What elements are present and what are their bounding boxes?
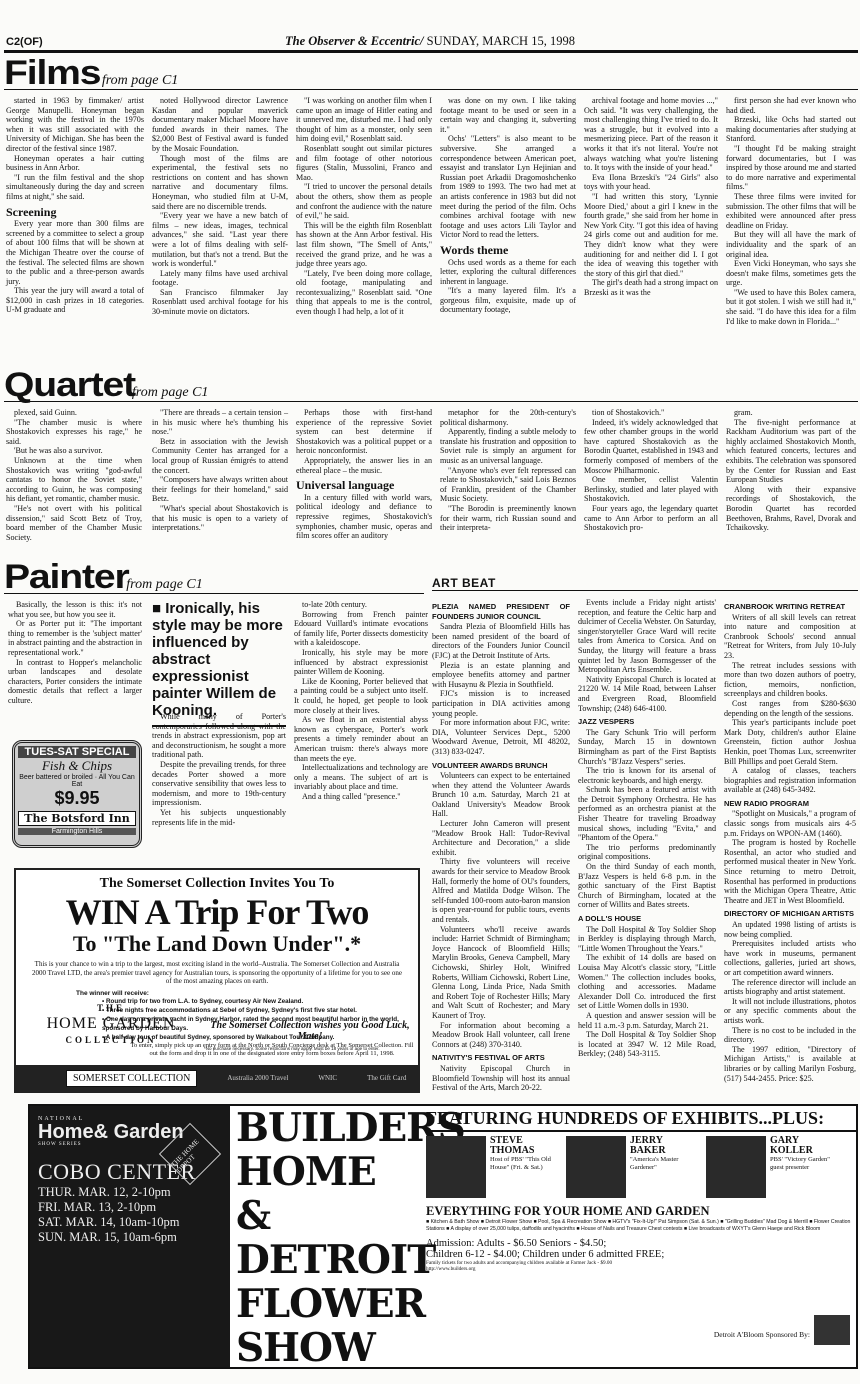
paragraph: The Doll Hospital & Toy Soldier Shop is …: [578, 1030, 716, 1059]
paragraph: "What's special about Shostakovich is th…: [152, 504, 288, 533]
exhibits-panel: FEATURING HUNDREDS OF EXHIBITS...PLUS: S…: [426, 1106, 858, 1367]
paragraph: Lecturer John Cameron will present "Mead…: [432, 819, 570, 857]
paragraph: "I thought I'd be making straight forwar…: [726, 144, 856, 192]
paragraph: Betz in association with the Jewish Comm…: [152, 437, 288, 475]
paragraph: While many of Porter's contemporaries fo…: [152, 712, 286, 760]
paragraph: The 1997 edition, "Directory of Michigan…: [724, 1045, 856, 1083]
paragraph: As we float in an existential abyss know…: [294, 715, 428, 763]
host-photo: [566, 1136, 626, 1198]
sponsor-logo: [814, 1315, 850, 1345]
subhead: Words theme: [440, 246, 576, 256]
title-line: HOME &: [236, 1150, 422, 1238]
quartet-col2: "There are threads – a certain tension –…: [152, 408, 288, 533]
paragraph: The retreat includes sessions with more …: [724, 661, 856, 699]
paragraph: "Lately, I've been doing more collage, o…: [296, 269, 432, 317]
paragraph: Like de Kooning, Porter believed that a …: [294, 677, 428, 715]
host-card: GARY KOLLERPBS' "Victory Garden" guest p…: [706, 1136, 836, 1198]
host-card: JERRY BAKER"America's Master Gardener": [566, 1136, 700, 1198]
paragraph: A question and answer session will be he…: [578, 1011, 716, 1030]
paragraph: Basically, the lesson is this: it's not …: [8, 600, 142, 619]
painter-col2: While many of Porter's contemporaries fo…: [152, 712, 286, 827]
quartet-col6: gram.The five-night performance at Rackh…: [726, 408, 856, 533]
paragraph: Indeed, it's widely acknowledged that fe…: [584, 418, 718, 476]
paper-name: The Observer & Eccentric/: [285, 34, 424, 48]
sponsor-1: Australia 2000 Travel: [227, 1074, 288, 1082]
paragraph: Unknown at the time when Shostakovich wa…: [6, 456, 142, 504]
films-col4: was done on my own. I like taking footag…: [440, 96, 576, 315]
masthead: The Observer & Eccentric/ SUNDAY, MARCH …: [285, 34, 575, 49]
paragraph: Prerequisites included artists who have …: [724, 939, 856, 977]
paragraph: metaphor for the 20th-century's politica…: [440, 408, 576, 427]
paragraph: noted Hollywood director Lawrence Kasdan…: [152, 96, 288, 154]
paragraph: This year the jury will award a total of…: [6, 286, 144, 315]
paragraph: "Anyone who's ever felt repressed can re…: [440, 466, 576, 504]
paragraph: Brzeski, like Ochs had started out makin…: [726, 115, 856, 144]
host-photo: [426, 1136, 486, 1198]
issue-date: SUNDAY, MARCH 15, 1998: [427, 34, 575, 48]
paragraph: The girl's death had a strong impact on …: [584, 278, 718, 297]
date-line: THUR. MAR. 12, 2-10pm: [38, 1185, 222, 1200]
films-col6: first person she had ever known who had …: [726, 96, 856, 326]
paragraph: "I had written this story, 'Lynnie Moore…: [584, 192, 718, 278]
painter-col3: to-late 20th century.Borrowing from Fren…: [294, 600, 428, 801]
ad-headline: WIN A Trip For Two: [16, 892, 418, 932]
inn-location: Farmington Hills: [18, 828, 136, 835]
botsford-inn-ad[interactable]: TUES-SAT SPECIAL Fish & Chips Beer batte…: [12, 740, 142, 848]
paragraph: The program is hosted by Rochelle Rosent…: [724, 838, 856, 905]
paragraph: Nativity Episcopal Church in Bloomfield …: [432, 1064, 570, 1093]
item-headline: JAZZ VESPERS: [578, 717, 716, 727]
paragraph: Writers of all skill levels can retreat …: [724, 613, 856, 661]
art-beat-col2: Events include a Friday night artists' r…: [578, 598, 716, 1059]
paragraph: Sandra Plezia of Bloomfield Hills has be…: [432, 622, 570, 660]
logo-collection: COLLECTION: [36, 1032, 186, 1048]
paragraph: Ironically, his style may be more influe…: [294, 648, 428, 677]
paragraph: archival footage and home movies ...," O…: [584, 96, 718, 173]
paragraph: Or as Porter put it: "The important thin…: [8, 619, 142, 657]
ad-url[interactable]: http://www.builders.org: [426, 1266, 858, 1272]
paragraph: One member, cellist Valentin Berlinsky, …: [584, 475, 718, 504]
date-line: FRI. MAR. 13, 2-10pm: [38, 1200, 222, 1215]
paragraph: In contrast to Hopper's melancholic urba…: [8, 658, 142, 706]
item-headline: VOLUNTEER AWARDS BRUNCH: [432, 761, 570, 771]
paragraph: The trio performs predominantly original…: [578, 843, 716, 862]
host-name: STEVE THOMAS: [490, 1136, 560, 1156]
paragraph: The Doll Hospital & Toy Soldier Shop in …: [578, 925, 716, 954]
paragraph: Though most of the films are experimenta…: [152, 154, 288, 212]
paragraph: For information about becoming a Meadow …: [432, 1021, 570, 1050]
paragraph: "I run the film festival and the shop si…: [6, 173, 144, 202]
quartet-col5: tion of Shostakovich."Indeed, it's widel…: [584, 408, 718, 533]
item-headline: NEW RADIO PROGRAM: [724, 799, 856, 809]
paragraph: Volunteers who'll receive awards include…: [432, 925, 570, 1021]
quartet-header: Quartetfrom page C1: [4, 368, 858, 402]
paragraph: But they will all have the mark of indiv…: [726, 230, 856, 259]
show-dates: THUR. MAR. 12, 2-10pm FRI. MAR. 13, 2-10…: [38, 1185, 222, 1245]
masthead-rule: [4, 50, 858, 53]
paragraph: Yet his subjects unquestionably represen…: [152, 808, 286, 827]
paragraph: first person she had ever known who had …: [726, 96, 856, 115]
paragraph: "Spotlight on Musicals," a program of cl…: [724, 809, 856, 838]
title-line: FLOWER: [236, 1282, 422, 1326]
paragraph: The exhibit of 14 dolls are based on Lou…: [578, 953, 716, 1011]
ad-winner-label: The winner will receive:: [16, 990, 418, 997]
host-photo: [706, 1136, 766, 1198]
sponsor-label: Detroit A'Bloom Sponsored By:: [714, 1331, 810, 1339]
films-jump: from page C1: [102, 73, 178, 88]
paragraph: "I tried to uncover the personal details…: [296, 182, 432, 220]
paragraph: It will not include illustrations, photo…: [724, 997, 856, 1026]
quartet-col3: Perhaps those with first-hand experience…: [296, 408, 432, 541]
art-beat-title: ART BEAT: [432, 576, 496, 590]
paragraph: "He's not overt with his political disse…: [6, 504, 142, 542]
host-desc: "America's Master Gardener": [630, 1156, 700, 1171]
paragraph: For more information about FJC, write: D…: [432, 718, 570, 756]
art-beat-col1: PLEZIA NAMED PRESIDENT OF FOUNDERS JUNIO…: [432, 598, 570, 1093]
painter-pullquote: ■ Ironically, his style may be more infl…: [152, 600, 286, 727]
logo-name: HOME GARDEN: [36, 1016, 186, 1032]
quartet-title: Quartet: [4, 368, 135, 402]
sponsor-3: The Gift Card: [367, 1074, 406, 1082]
paragraph: Even Vicki Honeyman, who says she doesn'…: [726, 259, 856, 288]
painter-jump: from page C1: [126, 577, 202, 592]
films-col1: started in 1963 by fimmaker/ artist Geor…: [6, 96, 144, 315]
paragraph: The five-night performance at Rackham Au…: [726, 418, 856, 485]
logo-the: THE: [36, 1000, 186, 1016]
quartet-col1: plexed, said Guinn."The chamber music is…: [6, 408, 142, 542]
subhead: Universal language: [296, 481, 432, 491]
title-line: DETROIT: [236, 1238, 422, 1282]
home-garden-panel: NATIONAL Home& Garden SHOW SERIES THE HO…: [30, 1106, 230, 1367]
sponsor-2: WNIC: [318, 1074, 337, 1082]
ad-body: This is your chance to win a trip to the…: [16, 956, 418, 990]
home-garden-logo: THEHOME GARDENCOLLECTION: [36, 1000, 186, 1048]
paragraph: Perhaps those with first-hand experience…: [296, 408, 432, 456]
paragraph: The Gary Schunk Trio will perform Sunday…: [578, 728, 716, 766]
date-line: SUN. MAR. 15, 10am-6pm: [38, 1230, 222, 1245]
sponsor-bar: SOMERSET COLLECTION Australia 2000 Trave…: [16, 1065, 418, 1091]
art-beat-rule: [432, 590, 858, 591]
paragraph: 'But he was also a survivor.: [6, 446, 142, 456]
films-col5: archival footage and home movies ...," O…: [584, 96, 718, 297]
title-line: BUILDERS: [236, 1106, 422, 1150]
paragraph: "We used to have this Bolex camera, but …: [726, 288, 856, 326]
title-line: SHOW: [236, 1326, 422, 1370]
films-header: Filmsfrom page C1: [4, 56, 858, 90]
paragraph: Every year more than 300 films are scree…: [6, 219, 144, 286]
date-line: SAT. MAR. 14, 10am-10pm: [38, 1215, 222, 1230]
fish-price: $9.95: [18, 788, 136, 809]
paragraph: Rosenblatt sought out similar pictures a…: [296, 144, 432, 182]
paragraph: Intellectualizations and technology are …: [294, 763, 428, 792]
paragraph: Plezia is an estate planning and employe…: [432, 661, 570, 690]
paragraph: Despite the prevailing trends, for three…: [152, 760, 286, 808]
fish-desc: Beer battered or broiled · All You Can E…: [18, 774, 136, 788]
paragraph: "Composers have always written about the…: [152, 475, 288, 504]
paragraph: This year's participants include poet Ma…: [724, 718, 856, 766]
ad-subhead: To "The Land Down Under".*: [16, 932, 418, 956]
paragraph: Thirty five volunteers will receive awar…: [432, 857, 570, 924]
paragraph: San Francisco filmmaker Jay Rosenblatt u…: [152, 288, 288, 317]
admission-children: Children 6-12 - $4.00; Children under 6 …: [426, 1249, 858, 1260]
paragraph: "The Borodin is preeminently known for t…: [440, 504, 576, 533]
paragraph: Along with their expansive recordings of…: [726, 485, 856, 533]
paragraph: to-late 20th century.: [294, 600, 428, 610]
paragraph: Events include a Friday night artists' r…: [578, 598, 716, 675]
paragraph: tion of Shostakovich.": [584, 408, 718, 418]
somerset-logo: SOMERSET COLLECTION: [66, 1070, 197, 1087]
admission-adults: Admission: Adults - $6.50 Seniors - $4.5…: [426, 1238, 858, 1249]
ad-good-luck: The Somerset Collection wishes you Good …: [202, 1020, 418, 1042]
films-col3: "I was working on another film when I ca…: [296, 96, 432, 317]
paragraph: Cost ranges from $280-$630 depending on …: [724, 699, 856, 718]
paragraph: The trio is known for its arsenal of ele…: [578, 766, 716, 785]
paragraph: "Every year we have a new batch of films…: [152, 211, 288, 269]
paragraph: On the third Sunday of each month, B'Jaz…: [578, 862, 716, 910]
paragraph: This will be the eighth film Rosenblatt …: [296, 221, 432, 269]
somerset-ad[interactable]: The Somerset Collection Invites You To W…: [14, 868, 420, 1093]
paragraph: And a thing called "presence.": [294, 792, 428, 802]
everything-headline: EVERYTHING FOR YOUR HOME AND GARDEN: [426, 1204, 858, 1219]
paragraph: Volunteers can expect to be entertained …: [432, 771, 570, 819]
films-col2: noted Hollywood director Lawrence Kasdan…: [152, 96, 288, 317]
item-headline: NATIVITY'S FESTIVAL OF ARTS: [432, 1053, 570, 1063]
quartet-jump: from page C1: [132, 385, 208, 400]
fish-chips: Fish & Chips: [18, 758, 136, 774]
host-name: JERRY BAKER: [630, 1136, 700, 1156]
paragraph: started in 1963 by fimmaker/ artist Geor…: [6, 96, 144, 154]
paragraph: There is no cost to be included in the d…: [724, 1026, 856, 1045]
paragraph: gram.: [726, 408, 856, 418]
paragraph: was done on my own. I like taking footag…: [440, 96, 576, 134]
host-name: GARY KOLLER: [770, 1136, 836, 1156]
paragraph: FJC's mission is to increased participat…: [432, 689, 570, 718]
show-title: BUILDERS HOME & DETROIT FLOWER SHOW: [232, 1106, 422, 1370]
paragraph: Honeyman operates a hair cutting busines…: [6, 154, 144, 173]
paragraph: Appropriately, the answer lies in an eth…: [296, 456, 432, 475]
paragraph: plexed, said Guinn.: [6, 408, 142, 418]
painter-col1: Basically, the lesson is this: it's not …: [8, 600, 142, 706]
paragraph: Four years ago, the legendary quartet ca…: [584, 504, 718, 533]
ad-invites: The Somerset Collection Invites You To: [16, 876, 418, 892]
painter-title: Painter: [4, 560, 129, 594]
painter-header: Painterfrom page C1: [4, 560, 424, 594]
paragraph: Borrowing from French painter Edouard Vu…: [294, 610, 428, 648]
paragraph: "There are threads – a certain tension –…: [152, 408, 288, 437]
host-desc: PBS' "Victory Garden" guest presenter: [770, 1156, 836, 1171]
art-beat-col3: CRANBROOK WRITING RETREATWriters of all …: [724, 598, 856, 1083]
flower-show-ad[interactable]: NATIONAL Home& Garden SHOW SERIES THE HO…: [28, 1104, 858, 1369]
paragraph: Schunk has been a featured artist with t…: [578, 785, 716, 843]
item-headline: DIRECTORY OF MICHIGAN ARTISTS: [724, 909, 856, 919]
ad-fine-print: *No purchase necessary. Some restriction…: [204, 1046, 380, 1051]
paragraph: Ochs used words as a theme for each lett…: [440, 258, 576, 287]
paragraph: These three films were invited for submi…: [726, 192, 856, 230]
paragraph: "It's a many layered film. It's a gorgeo…: [440, 286, 576, 315]
subhead: Screening: [6, 208, 144, 218]
paragraph: An updated 1998 listing of artists is no…: [724, 920, 856, 939]
paragraph: Nativity Episcopal Church is located at …: [578, 675, 716, 713]
quartet-col4: metaphor for the 20th-century's politica…: [440, 408, 576, 533]
inn-name: The Botsford Inn: [18, 811, 136, 826]
host-list: STEVE THOMASHost of PBS' "This Old House…: [426, 1136, 858, 1198]
films-title: Films: [4, 56, 100, 90]
paragraph: In a century filled with world wars, pol…: [296, 493, 432, 541]
host-desc: Host of PBS' "This Old House" (Fri. & Sa…: [490, 1156, 560, 1171]
paragraph: Eva Ilona Brzeski's "24 Girls" also toys…: [584, 173, 718, 192]
paragraph: "The chamber music is where Shostakovich…: [6, 418, 142, 447]
page-folio: C2(OF): [6, 36, 43, 48]
host-card: STEVE THOMASHost of PBS' "This Old House…: [426, 1136, 560, 1198]
paragraph: The reference director will include an a…: [724, 978, 856, 997]
paragraph: A catalog of classes, teachers biographi…: [724, 766, 856, 795]
paragraph: Lately many films have used archival foo…: [152, 269, 288, 288]
paragraph: "I was working on another film when I ca…: [296, 96, 432, 144]
paragraph: Ochs' "Letters" is also meant to be subv…: [440, 134, 576, 240]
featuring-headline: FEATURING HUNDREDS OF EXHIBITS...PLUS:: [426, 1106, 858, 1132]
item-headline: PLEZIA NAMED PRESIDENT OF FOUNDERS JUNIO…: [432, 602, 570, 621]
fish-special: TUES-SAT SPECIAL: [18, 746, 136, 758]
item-headline: CRANBROOK WRITING RETREAT: [724, 602, 856, 612]
item-headline: A DOLL'S HOUSE: [578, 914, 716, 924]
feature-bullets: ■ Kitchen & Bath Show ■ Detroit Flower S…: [426, 1219, 858, 1232]
paragraph: Apparently, finding a subtle melody to t…: [440, 427, 576, 465]
